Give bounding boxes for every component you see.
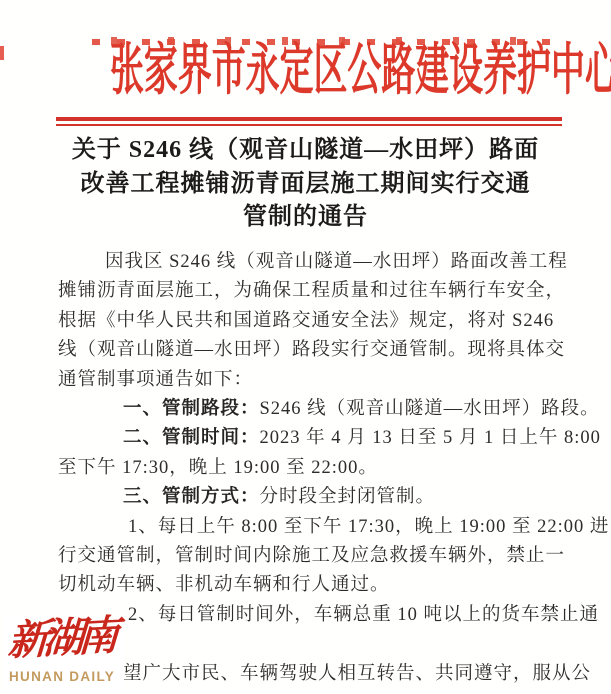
item-text: 分时段全封闭管制。 [260,487,436,507]
document-title: 关于 S246 线（观音山隧道—水田坪）路面 改善工程摊铺沥青面层施工期间实行交… [0,134,611,235]
scan-artifact-edge-mark [0,46,4,60]
body-line: 切机动车辆、非机动车辆和行人通过。 [58,571,553,600]
document-title-line: 管制的通告 [0,201,611,235]
body-line-item-1: 一、管制路段：S246 线（观音山隧道—水田坪）路段。 [58,395,553,424]
hunan-daily-watermark: 新湖南 HUNAN DAILY [4,616,124,694]
item-label: 三、管制方式： [123,487,260,507]
document-title-line: 改善工程摊铺沥青面层施工期间实行交通 [0,168,611,202]
body-line: 线（观音山隧道—水田坪）路段实行交通管制。现将具体交 [58,336,553,365]
item-text: S246 线（观音山隧道—水田坪）路段。 [260,399,600,419]
scanned-notice-document: 张家界市永定区公路建设养护中心 关于 S246 线（观音山隧道—水田坪）路面 改… [0,0,611,694]
body-line-obscured [58,630,553,659]
body-line: 2、每日管制时间外，车辆总重 10 吨以上的货车禁止通 [58,601,553,630]
item-text: 2023 年 4 月 13 日至 5 月 1 日上午 8:00 [260,428,601,448]
body-line: 通管制事项通告如下： [58,366,553,395]
letterhead-org-name: 张家界市永定区公路建设养护中心 [110,38,501,104]
body-line: 行交通管制，管制时间内除施工及应急救援车辆外，禁止一 [58,542,553,571]
body-line: 望广大市民、车辆驾驶人相互转告、共同遵守，服从公 [58,660,553,689]
body-line: 摊铺沥青面层施工，为确保工程质量和过往车辆行车安全， [58,277,553,306]
item-label: 一、管制路段： [123,399,260,419]
letterhead-rule [56,117,562,126]
body-line: 根据《中华人民共和国道路交通安全法》规定，将对 S246 [58,307,553,336]
notice-body: 因我区 S246 线（观音山隧道—水田坪）路面改善工程 摊铺沥青面层施工，为确保… [58,248,553,689]
body-line-item-2: 二、管制时间：2023 年 4 月 13 日至 5 月 1 日上午 8:00 [58,424,553,453]
body-line: 1、每日上午 8:00 至下午 17:30，晚上 19:00 至 22:00 进 [58,513,553,542]
body-line-item-3: 三、管制方式：分时段全封闭管制。 [58,483,553,512]
body-line: 因我区 S246 线（观音山隧道—水田坪）路面改善工程 [58,248,553,277]
xinhunan-logo-text: 新湖南 [3,610,125,666]
document-title-line: 关于 S246 线（观音山隧道—水田坪）路面 [0,134,611,168]
hunan-daily-wordmark: HUNAN DAILY [4,669,124,684]
body-line: 至下午 17:30，晚上 19:00 至 22:00。 [58,454,553,483]
item-label: 二、管制时间： [123,428,260,448]
